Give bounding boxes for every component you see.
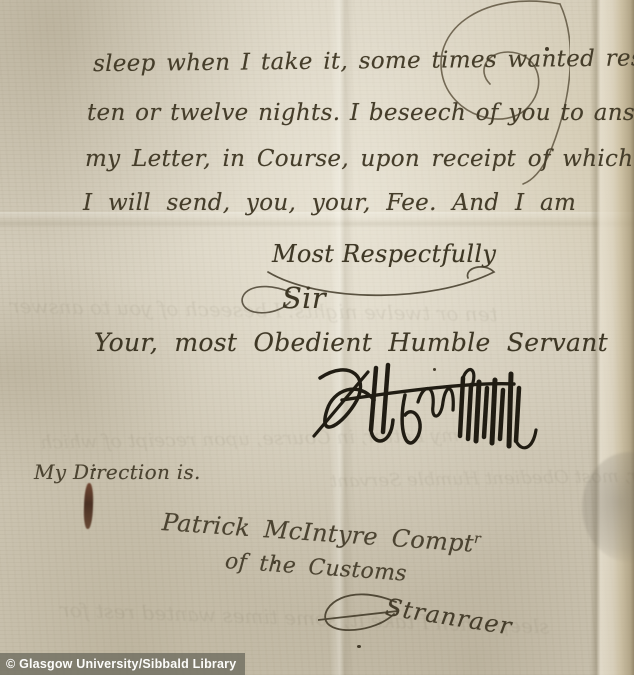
direction-place: Stranraer <box>384 593 515 641</box>
letter-body-line-3: my Letter, in Course, upon receipt of wh… <box>85 146 633 172</box>
closing-sir: Sir <box>282 281 326 315</box>
photo-credit-text: © Glasgow University/Sibbald Library <box>6 657 236 671</box>
direction-intro: My Direction is. <box>34 460 201 484</box>
letter-photograph: ten or twelve nights. I beseech of you t… <box>0 0 634 675</box>
ink-speck <box>357 645 361 648</box>
letter-body-line-4: I will send, you, your, Fee. And I am <box>83 190 576 216</box>
ink-speck <box>433 368 436 371</box>
ghost-writing: ten or twelve nights. I beseech of you t… <box>10 294 498 327</box>
letter-body-line-1: sleep when I take it, some times wanted … <box>93 45 634 77</box>
direction-name-superscript: r <box>473 531 481 547</box>
red-ink-blot <box>83 483 94 529</box>
direction-name-text: Patrick McIntyre Compt <box>161 508 475 558</box>
letter-body-line-2: ten or twelve nights. I beseech of you t… <box>87 100 634 126</box>
closing-most-respectfully: Most Respectfully <box>272 240 496 268</box>
photo-credit-bar: © Glasgow University/Sibbald Library <box>0 653 245 675</box>
closing-obedient-servant: Your, most Obedient Humble Servant <box>94 328 608 357</box>
ghost-writing: my Letter, in Course, upon receipt of wh… <box>40 424 459 453</box>
direction-office: of the Customs <box>224 549 407 587</box>
direction-name: Patrick McIntyre Comptr <box>161 508 482 558</box>
